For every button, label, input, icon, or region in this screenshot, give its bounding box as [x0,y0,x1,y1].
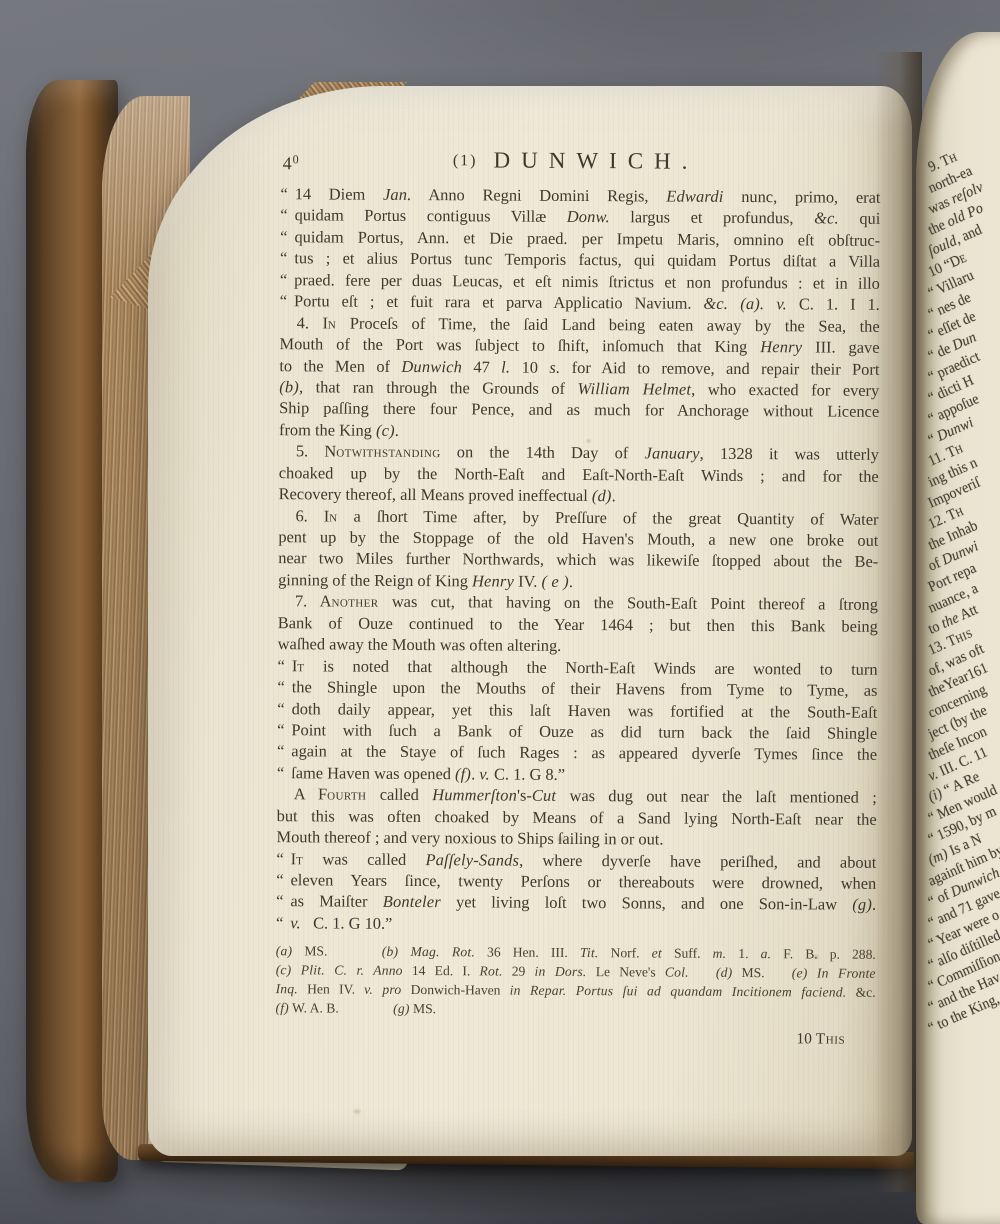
catchword-number: 10 [796,1031,812,1048]
text-line: “Portu eſt ; et fuit rara et parva Appli… [280,290,880,315]
page-text: 40 (1)DUNWICH. “14 Diem Jan. Anno Regni … [275,146,880,1049]
footnotes: (a) MS. (b) Mag. Rot. 36 Hen. III. Tit. … [275,941,875,1021]
text-line: Recovery thereof, all Means proved ineff… [279,483,879,508]
catchword-word: This [816,1031,846,1048]
text-line: Mouth thereof ; and very noxious to Ship… [276,826,876,851]
foxing-spot [352,1108,362,1115]
page-number: 40 [283,152,299,174]
text-line: (f) W. A. B. (g) MS. [275,998,875,1021]
right-page: 9. Thnorth-eawas reſolvthe old Poſould, … [916,32,1000,1224]
page-title-section: (1) [453,152,478,169]
book-photo: { "photo": { "background_color": "#64666… [0,0,1000,1224]
page-title: (1)DUNWICH. [281,146,881,176]
gutter-shadow [874,52,922,1192]
catchword: 10 This [275,1027,875,1049]
right-page-text: 9. Thnorth-eawas reſolvthe old Poſould, … [916,32,1000,1042]
page-title-text: DUNWICH. [493,147,698,173]
text-line: “the Shingle upon the Mouths of their Ha… [277,676,877,701]
text-line: Mouth of the Port was ſubject to ſhift, … [279,333,879,358]
page-header: 40 (1)DUNWICH. [281,146,881,182]
text-lines: “14 Diem Jan. Anno Regni Domini Regis, E… [276,183,881,937]
text-line: waſhed away the Mouth was often altering… [278,633,878,658]
text-line: “v. C. 1. G 10.” [276,912,876,937]
